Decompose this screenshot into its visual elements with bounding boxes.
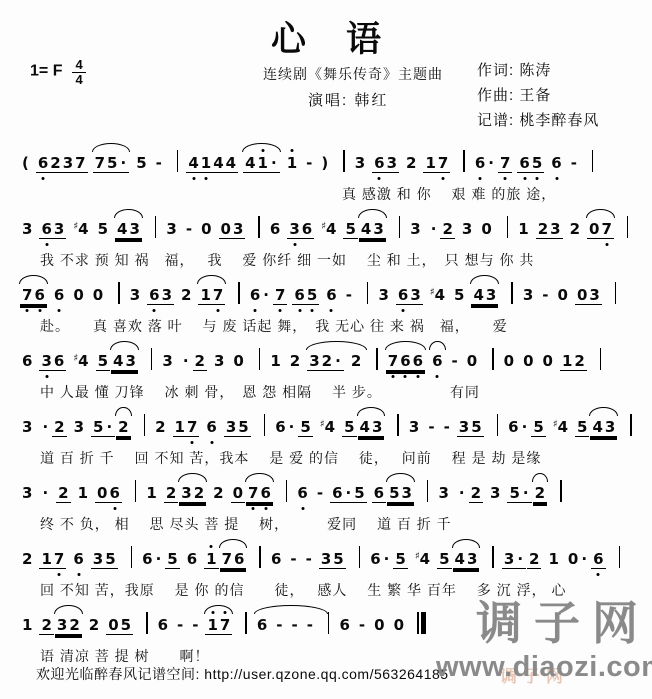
- note-group: -: [442, 418, 452, 436]
- note-token: 2: [527, 550, 541, 569]
- note-char: 3: [373, 221, 383, 238]
- note-token: 43: [359, 220, 386, 239]
- octave-dot-below: [45, 375, 48, 378]
- note-group: 6: [549, 154, 563, 172]
- note-token: ·: [428, 220, 440, 238]
- note-token: 5: [165, 550, 179, 569]
- octave-dot-below: [301, 507, 304, 510]
- note-group: 2: [404, 154, 418, 172]
- octave-dot-below: [45, 243, 48, 246]
- note-token: 6: [324, 286, 338, 304]
- octave-dot-below: [536, 177, 539, 180]
- music-line: 636♯45433·2301232·27666-000012中 人最 懂 刀锋 …: [20, 334, 642, 400]
- slur-arc: [429, 341, 445, 350]
- note-group: 36: [39, 352, 66, 371]
- note-token: 6: [337, 616, 351, 634]
- note-char: 6: [332, 485, 342, 502]
- note-char: 3: [402, 485, 412, 502]
- note-group: 5: [165, 550, 179, 569]
- note-group: 5: [96, 352, 110, 371]
- note-group: 6: [185, 550, 199, 568]
- note-char: 3: [550, 221, 560, 238]
- note-group: 6·: [248, 286, 272, 304]
- slur-arc: [306, 341, 367, 350]
- note-char: 7: [220, 617, 230, 634]
- slur-arc: [115, 407, 131, 416]
- barline: [497, 414, 499, 436]
- note-char: 3: [226, 419, 236, 436]
- note-group: 43: [453, 550, 480, 569]
- note-token: 1: [546, 550, 560, 568]
- note-char: 0: [233, 353, 243, 370]
- note-char: 0: [108, 617, 118, 634]
- singer-credit: 演唱: 韩红: [308, 89, 388, 110]
- note-group: 1: [546, 550, 560, 568]
- note-char: 5: [577, 419, 587, 436]
- note-char: ·: [346, 485, 352, 502]
- note-token: 6: [430, 352, 444, 370]
- note-group: 6: [20, 352, 34, 370]
- note-token: 3: [72, 418, 86, 436]
- note-char: -: [306, 551, 312, 568]
- note-char: 7: [95, 155, 105, 172]
- notes-row: 363♯45433-003636♯45433·230123207: [20, 202, 642, 240]
- note-group: -: [288, 550, 298, 568]
- note-group: 5: [298, 418, 312, 437]
- note-group: 0: [392, 616, 406, 634]
- note-group: 6: [372, 484, 386, 503]
- note-char: 6: [508, 419, 518, 436]
- note-group: 766: [386, 352, 425, 371]
- note-char: 5: [345, 221, 355, 238]
- octave-dot-below: [442, 177, 445, 180]
- note-char: 6: [54, 287, 64, 304]
- time-signature-denominator: 4: [72, 73, 85, 87]
- note-token: 3: [408, 220, 422, 238]
- note-token: -: [305, 616, 315, 634]
- final-bar-thick: [421, 612, 426, 634]
- barline: [258, 216, 260, 238]
- note-char: 3: [523, 287, 533, 304]
- slur-arc: [254, 605, 328, 614]
- barline: [367, 282, 369, 304]
- note-token: 3: [353, 154, 367, 172]
- note-char: 1: [287, 155, 297, 172]
- note-token: ♯4: [71, 352, 90, 370]
- note-token: 43: [453, 550, 480, 569]
- note-token: 2: [116, 418, 130, 437]
- note-char: 3: [233, 221, 243, 238]
- note-group: 32: [179, 484, 206, 503]
- note-char: ·: [156, 551, 162, 568]
- note-token: 6: [269, 550, 283, 568]
- note-group: ·: [39, 484, 51, 502]
- note-token: 43: [115, 220, 142, 239]
- note-token: ·: [39, 418, 51, 436]
- note-token: 6: [549, 154, 563, 172]
- note-char: 3: [41, 353, 51, 370]
- note-group: 1: [516, 220, 530, 238]
- note-token: 0: [91, 286, 105, 304]
- note-token: -: [304, 550, 314, 568]
- note-char: 2: [529, 551, 539, 568]
- octave-dot-below: [192, 177, 195, 180]
- note-char: 6: [275, 419, 285, 436]
- note-token: 17: [198, 286, 225, 305]
- music-line: 766003632176·7656-363♯45433-003赴。 真 喜欢 落…: [20, 268, 642, 334]
- note-group: -: [290, 616, 300, 634]
- note-token: 2: [193, 352, 207, 371]
- note-char: 2: [50, 155, 60, 172]
- note-token: 6·: [273, 418, 297, 436]
- octave-dot-below: [217, 309, 220, 312]
- note-group: 1: [76, 484, 90, 502]
- note-char: 3: [504, 551, 514, 568]
- note-group: 2: [52, 418, 66, 437]
- note-token: 0: [199, 220, 213, 238]
- lyricist-credit: 作词: 陈涛: [477, 58, 599, 83]
- note-token: 6·: [506, 418, 530, 436]
- note-char: 6: [34, 287, 44, 304]
- note-char: 4: [360, 419, 370, 436]
- note-char: 4: [117, 221, 127, 238]
- note-char: 4: [326, 221, 336, 238]
- note-token: 75·: [93, 154, 130, 173]
- note-char: 6: [250, 287, 260, 304]
- note-token: 3: [128, 286, 142, 304]
- note-group: 0: [541, 352, 555, 370]
- note-char: 2: [570, 221, 580, 238]
- note-char: 0: [394, 617, 404, 634]
- lyrics-row: 道 百 折 千 回 不知 苦，我本 是 爱 的信 徒， 问前 程 是 劫 是缘: [20, 448, 642, 468]
- note-group: 6·5: [330, 484, 367, 503]
- note-char: ·: [517, 551, 523, 568]
- note-char: 2: [406, 155, 416, 172]
- note-group: 6·: [368, 550, 392, 568]
- note-char: 3: [438, 485, 448, 502]
- note-token: 0: [521, 352, 535, 370]
- note-char: 6: [339, 617, 349, 634]
- note-token: 0: [392, 616, 406, 634]
- note-group: ·: [39, 418, 51, 436]
- note-char: 7: [500, 155, 510, 172]
- note-group: 65: [292, 286, 319, 305]
- note-group: -: [450, 352, 460, 370]
- note-token: 63: [147, 286, 174, 305]
- note-token: 2: [440, 220, 454, 239]
- note-token: 5·: [91, 418, 115, 437]
- notes-row: (623775·5-414441·1-)3632176·7656-: [20, 136, 642, 174]
- note-group: 5: [531, 418, 545, 437]
- octave-dot-below: [252, 507, 255, 510]
- note-token: -: [304, 154, 314, 172]
- note-char: 2: [118, 419, 128, 436]
- note-token: 6237: [36, 154, 88, 173]
- note-group: 3: [408, 220, 422, 238]
- note-group: 12: [560, 352, 587, 371]
- octave-dot-above: [210, 545, 213, 548]
- note-char: 3: [74, 419, 84, 436]
- note-token: 2: [153, 418, 167, 436]
- note-token: 2: [469, 484, 483, 503]
- note-char: -: [346, 287, 352, 304]
- note-char: 1: [22, 617, 32, 634]
- note-group: 5: [96, 220, 110, 238]
- note-group: 0: [556, 286, 570, 304]
- note-char: 3: [462, 221, 472, 238]
- note-group: 03: [575, 286, 602, 305]
- credits-block: 作词: 陈涛 作曲: 王备 记谱: 桃李醉春风: [477, 58, 599, 133]
- note-char: -: [542, 287, 548, 304]
- note-char: 2: [181, 287, 191, 304]
- octave-dot-below: [404, 375, 407, 378]
- note-group: (: [20, 154, 31, 172]
- note-group: -: [426, 418, 436, 436]
- note-char: 0: [558, 287, 568, 304]
- barline: [238, 282, 240, 304]
- note-char: 3: [410, 287, 420, 304]
- note-group: ♯4: [428, 286, 447, 304]
- octave-dot-below: [153, 309, 156, 312]
- barline: [427, 480, 429, 502]
- watermark-site-url: www.diaozi.com: [436, 653, 652, 682]
- octave-dot-above: [290, 149, 293, 152]
- slur-arc: [219, 539, 248, 548]
- note-char: 2: [58, 485, 68, 502]
- note-char: ·: [289, 419, 295, 436]
- slur-arc: [357, 407, 386, 416]
- note-char: 4: [455, 551, 465, 568]
- note-char: 0: [504, 353, 514, 370]
- note-char: 4: [78, 221, 88, 238]
- octave-dot-below: [293, 243, 296, 246]
- note-token: 32·: [307, 352, 344, 371]
- note-char: 3: [214, 353, 224, 370]
- slur-arc: [470, 275, 499, 284]
- note-group: ♯4: [319, 220, 338, 238]
- note-group: 3: [20, 418, 34, 436]
- note-token: 3: [20, 220, 34, 238]
- note-token: 76: [246, 484, 273, 503]
- note-char: 6: [38, 155, 48, 172]
- note-group: 3: [164, 220, 178, 238]
- note-char: 5: [238, 419, 248, 436]
- octave-dot-below: [264, 507, 267, 510]
- note-token: 3: [160, 352, 174, 370]
- note-group: 41·: [243, 154, 280, 173]
- octave-dot-below: [605, 243, 608, 246]
- note-group: -: [154, 154, 164, 172]
- note-token: 35: [457, 418, 484, 437]
- note-group: 5: [342, 418, 356, 437]
- note-group: 0·: [566, 550, 590, 568]
- note-token: -: [450, 352, 460, 370]
- octave-dot-below: [597, 573, 600, 576]
- octave-dot-below: [436, 375, 439, 378]
- note-char: 3: [181, 485, 191, 502]
- note-group: 3: [20, 484, 34, 502]
- note-token: 3·: [502, 550, 526, 569]
- note-char: 7: [54, 551, 64, 568]
- note-token: 3: [376, 286, 390, 304]
- note-group: 3: [212, 352, 226, 370]
- note-char: 1: [258, 155, 268, 172]
- barline: [259, 348, 261, 370]
- note-token: 6: [185, 550, 199, 568]
- note-group: ♯4: [71, 220, 90, 238]
- barline: [151, 348, 153, 370]
- note-char: 6: [519, 155, 529, 172]
- note-group: 3: [20, 220, 34, 238]
- note-group: 63: [39, 220, 66, 239]
- note-group: -: [315, 484, 325, 502]
- note-group: 5: [575, 418, 589, 437]
- note-group: 23: [536, 220, 563, 239]
- note-group: 3: [488, 484, 502, 502]
- note-token: 07: [587, 220, 614, 239]
- note-group: 63: [147, 286, 174, 305]
- note-char: 5: [439, 551, 449, 568]
- note-char: 3: [409, 419, 419, 436]
- note-char: 7: [213, 287, 223, 304]
- note-group: -: [304, 154, 314, 172]
- note-token: 2: [533, 484, 547, 503]
- note-group: 2: [39, 616, 53, 635]
- note-group: 3: [160, 352, 174, 370]
- barline: [592, 150, 594, 172]
- note-char: 0: [467, 353, 477, 370]
- note-char: 5: [533, 419, 543, 436]
- note-char: 6: [187, 551, 197, 568]
- note-token: 5: [298, 418, 312, 437]
- note-char: 6: [370, 551, 380, 568]
- note-group: 2: [116, 418, 130, 437]
- note-token: 2: [349, 352, 363, 370]
- note-group: -: [569, 154, 579, 172]
- note-char: 2: [290, 353, 300, 370]
- note-token: 5: [134, 154, 148, 172]
- note-group: 2: [153, 418, 167, 436]
- note-group: ): [319, 154, 330, 172]
- key-label: 1= F: [30, 63, 62, 80]
- note-char: 6: [413, 353, 423, 370]
- note-group: 6·: [273, 418, 297, 436]
- note-token: -: [442, 418, 452, 436]
- note-char: 5: [121, 617, 131, 634]
- note-char: 2: [535, 485, 545, 502]
- note-token: 43: [471, 286, 498, 305]
- note-group: 63: [396, 286, 423, 305]
- note-char: 6: [400, 353, 410, 370]
- notes-row: 766003632176·7656-363♯45433-003: [20, 268, 642, 306]
- note-group: 05: [106, 616, 133, 635]
- note-char: 1: [200, 287, 210, 304]
- note-group: 43: [359, 220, 386, 239]
- note-char: 6: [271, 551, 281, 568]
- note-token: 2: [568, 220, 582, 238]
- note-group: 2: [533, 484, 547, 503]
- note-token: 1: [516, 220, 530, 238]
- note-char: 0: [568, 551, 578, 568]
- note-char: 6: [432, 353, 442, 370]
- note-group: 1: [144, 484, 158, 502]
- note-char: -: [192, 617, 198, 634]
- note-group: -: [175, 616, 185, 634]
- octave-dot-below: [254, 309, 257, 312]
- note-group: 5: [134, 154, 148, 172]
- note-group: -: [344, 286, 354, 304]
- note-char: 4: [558, 419, 568, 436]
- note-group: 0: [521, 352, 535, 370]
- note-group: 6: [52, 286, 66, 304]
- note-char: ·: [183, 353, 189, 370]
- note-group: 4144: [186, 154, 238, 173]
- note-char: 7: [22, 287, 32, 304]
- note-char: 5: [389, 485, 399, 502]
- note-group: 2: [20, 550, 34, 568]
- note-char: 7: [187, 419, 197, 436]
- note-char: -: [307, 617, 313, 634]
- note-token: ♯4: [551, 418, 570, 436]
- barline: [245, 612, 247, 634]
- slur-arc: [586, 209, 615, 218]
- note-char: 4: [325, 419, 335, 436]
- note-char: ·: [42, 485, 48, 502]
- note-group: ♯4: [318, 418, 337, 436]
- octave-dot-below: [402, 309, 405, 312]
- barline: [560, 480, 562, 502]
- note-group: 2: [56, 484, 70, 503]
- note-char: 6: [73, 551, 83, 568]
- note-group: 5: [452, 286, 466, 304]
- note-token: 6·5: [330, 484, 367, 503]
- note-char: ·: [522, 419, 528, 436]
- note-token: 2: [179, 286, 193, 304]
- music-line: (623775·5-414441·1-)3632176·7656-真 感激 和 …: [20, 136, 642, 202]
- note-token: 6: [156, 616, 170, 634]
- note-token: 6: [52, 286, 66, 304]
- note-token: 1: [144, 484, 158, 502]
- note-char: -: [156, 155, 162, 172]
- note-token: 5: [342, 418, 356, 437]
- note-group: 43: [471, 286, 498, 305]
- note-char: 6: [593, 551, 603, 568]
- note-group: 7: [498, 154, 512, 173]
- lyrics-row: 终 不 负， 相 思 尽头 菩 提 树， 爱同 道 百 折 千: [20, 514, 642, 534]
- notes-row: 636♯45433·2301232·27666-000012: [20, 334, 642, 372]
- octave-dot-below: [523, 177, 526, 180]
- note-group: 2: [527, 550, 541, 569]
- barline: [492, 348, 494, 370]
- note-char: 0: [93, 287, 103, 304]
- note-group: ·: [428, 220, 440, 238]
- note-group: -: [304, 550, 314, 568]
- note-char: 2: [69, 617, 79, 634]
- note-char: ·: [106, 419, 112, 436]
- note-token: 0: [556, 286, 570, 304]
- note-token: -: [290, 616, 300, 634]
- note-char: 1: [562, 353, 572, 370]
- note-group: 32·: [307, 352, 344, 371]
- note-group: 32: [55, 616, 82, 635]
- note-token: 6: [591, 550, 605, 569]
- note-group: 2: [87, 616, 101, 634]
- note-char: 2: [41, 617, 51, 634]
- barline: [343, 150, 345, 172]
- note-token: 17: [173, 418, 200, 437]
- note-token: -: [190, 616, 200, 634]
- note-char: 6: [158, 617, 168, 634]
